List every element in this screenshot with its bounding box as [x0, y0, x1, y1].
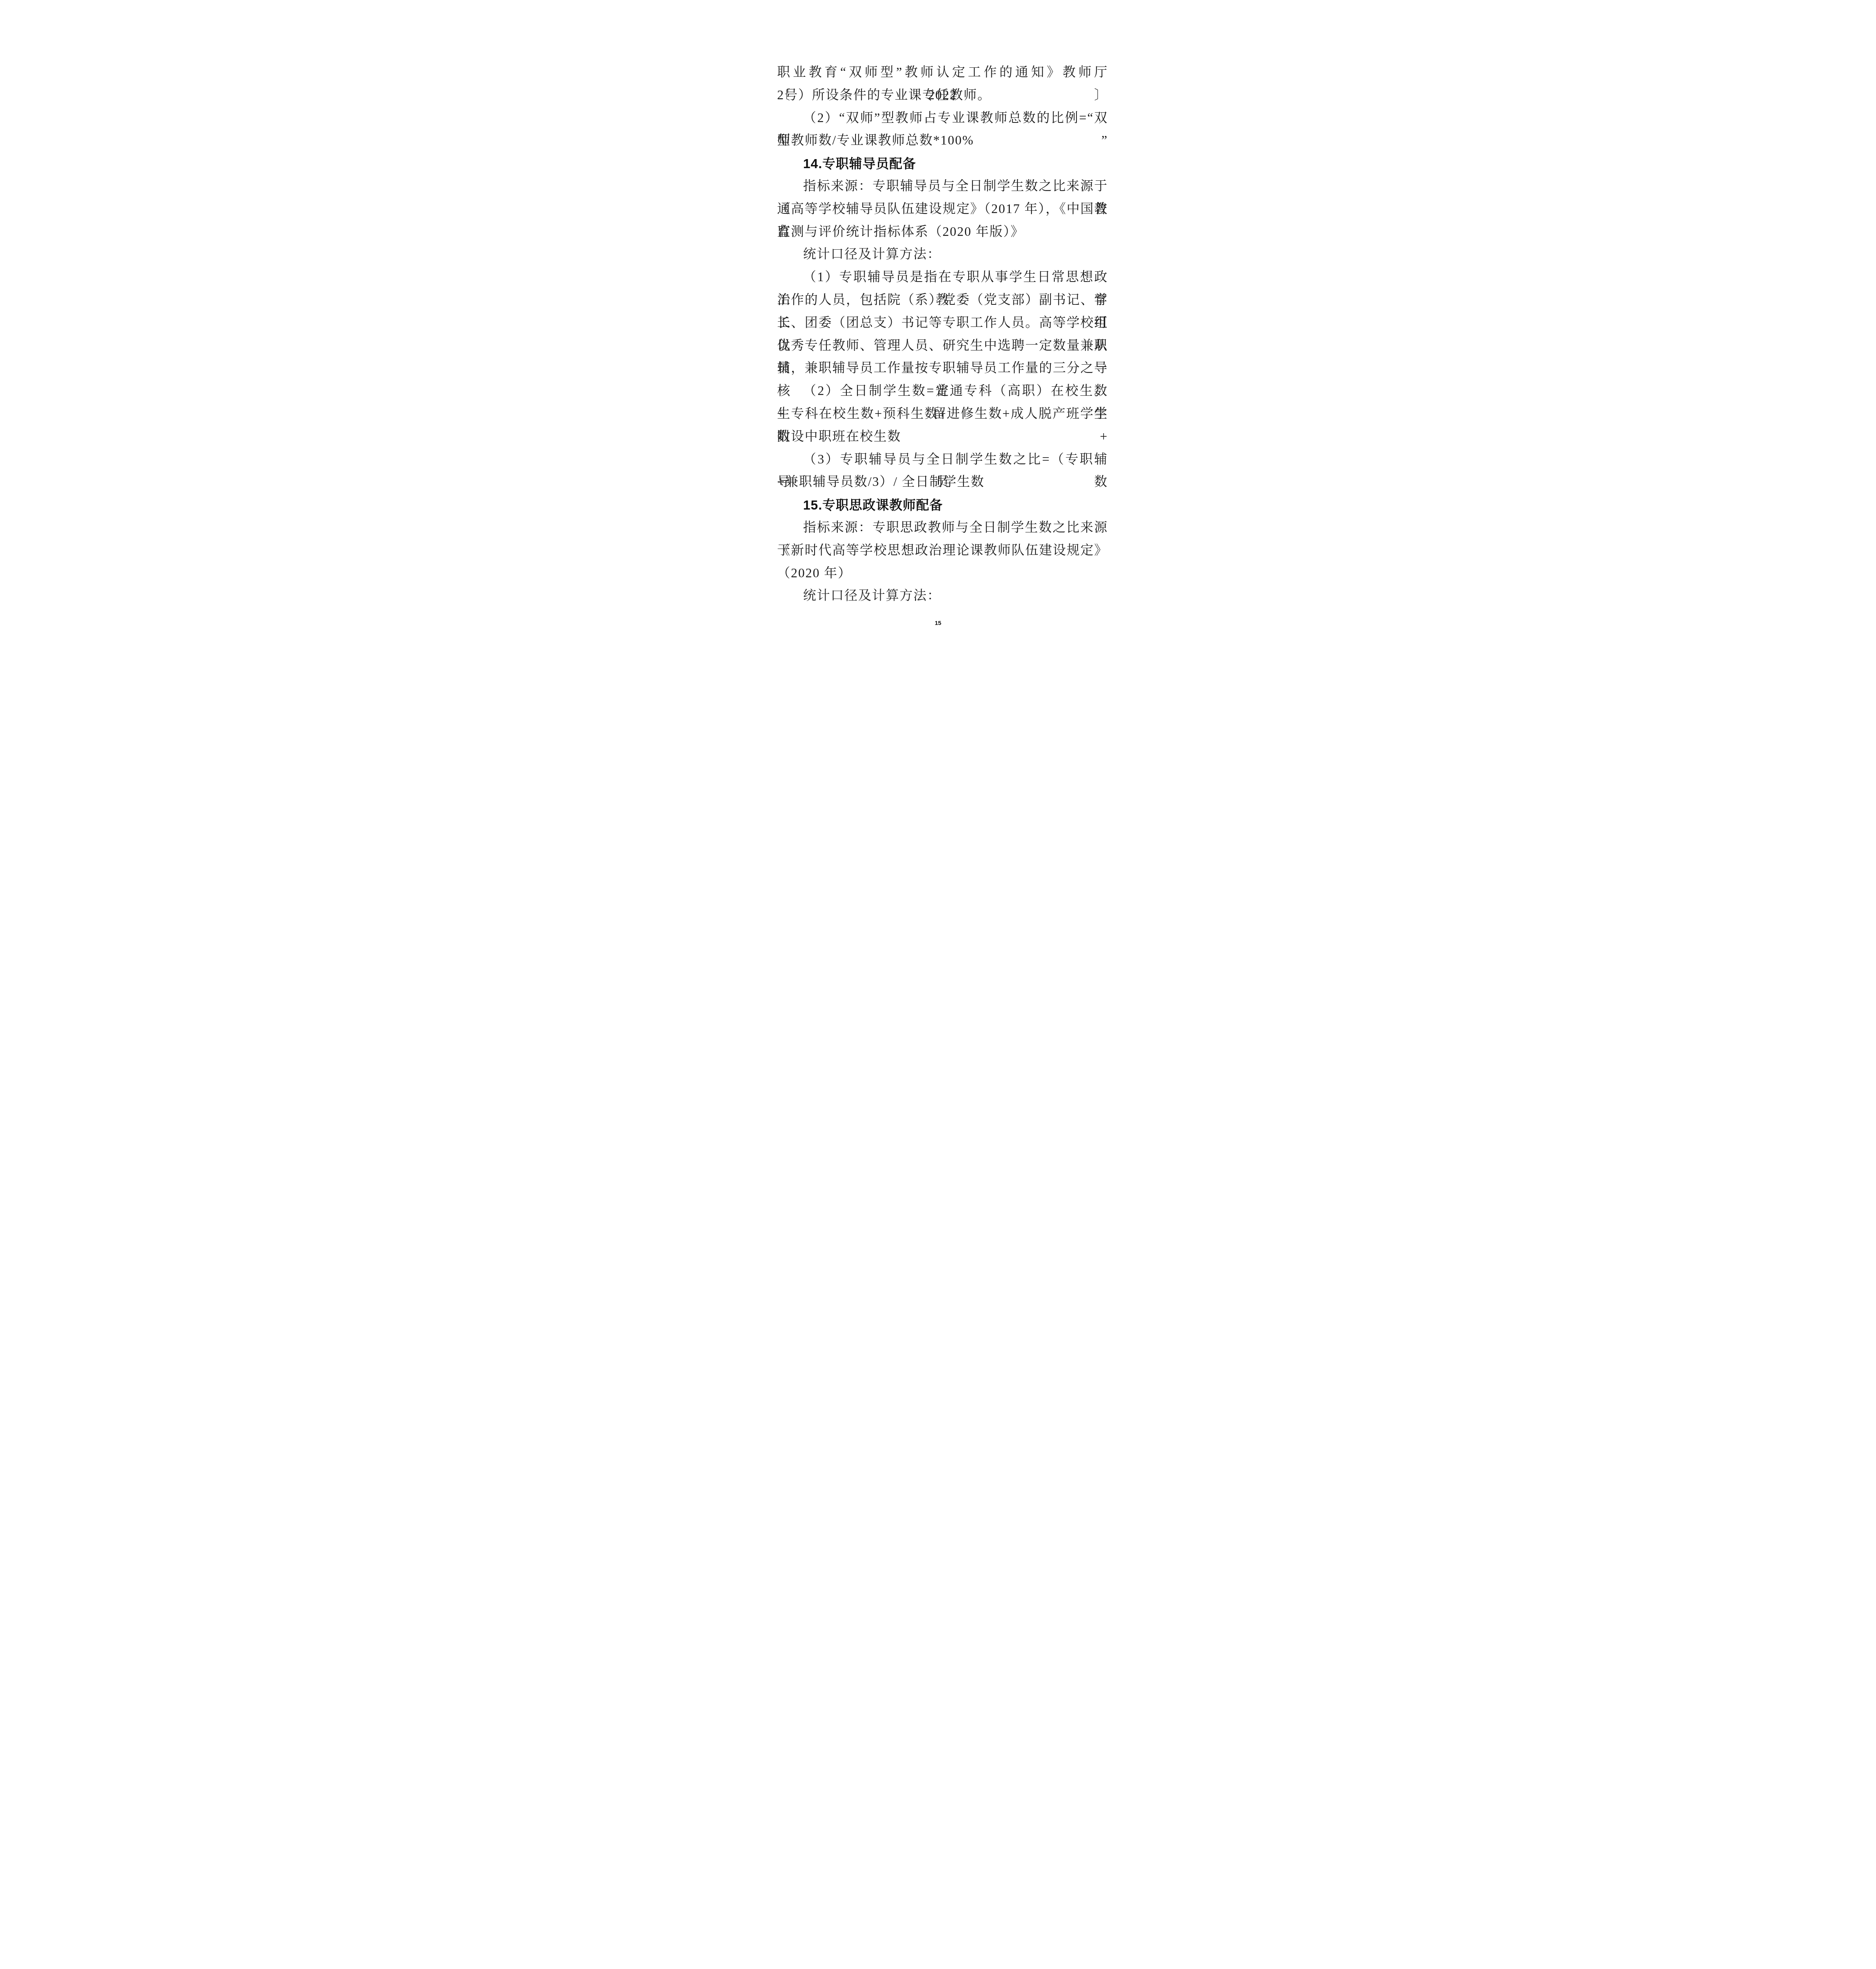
text-line: 《新时代高等学校思想政治理论课教师队伍建设规定》	[777, 540, 1108, 562]
section-heading: 15.专职思政课教师配备	[777, 494, 1108, 517]
text-line: 员，兼职辅导员工作量按专职辅导员工作量的三分之一核定。	[777, 357, 1108, 380]
text-line: 职业教育“双师型”教师认定工作的通知》教师厅〔2022〕	[777, 61, 1108, 84]
page-number: 15	[703, 620, 1173, 627]
text-line: 生专科在校生数+预科生数+进修生数+成人脱产班学生数+	[777, 403, 1108, 426]
text-line: 工作的人员，包括院（系）党委（党支部）副书记、学工组	[777, 289, 1108, 312]
text-block: 职业教育“双师型”教师认定工作的通知》教师厅〔2022〕2号）所设条件的专业课专…	[777, 61, 1108, 608]
text-line: （3）专职辅导员与全日制学生数之比=（专职辅导员数	[777, 449, 1108, 471]
text-line: （1）专职辅导员是指在专职从事学生日常思想政治教育	[777, 266, 1108, 289]
text-line: 统计口径及计算方法：	[777, 243, 1108, 266]
text-line: （2）全日制学生数=普通专科（高职）在校生数+留学	[777, 380, 1108, 403]
text-line: （2020 年）	[777, 562, 1108, 585]
document-page: 职业教育“双师型”教师认定工作的通知》教师厅〔2022〕2号）所设条件的专业课专…	[703, 0, 1173, 663]
text-line: 统计口径及计算方法：	[777, 585, 1108, 608]
text-line: （2）“双师”型教师占专业课教师总数的比例=“双师”	[777, 107, 1108, 130]
text-line: 通高等学校辅导员队伍建设规定》（2017 年），《中国教育	[777, 198, 1108, 221]
text-line: 指标来源：专职辅导员与全日制学生数之比来源于《普	[777, 175, 1108, 198]
text-line: 监测与评价统计指标体系（2020 年版）》	[777, 221, 1108, 244]
text-line: 指标来源：专职思政教师与全日制学生数之比来源于	[777, 517, 1108, 540]
section-heading: 14.专职辅导员配备	[777, 152, 1108, 175]
text-line: 优秀专任教师、管理人员、研究生中选聘一定数量兼职辅导	[777, 335, 1108, 358]
text-line: 长、团委（团总支）书记等专职工作人员。高等学校可以从	[777, 312, 1108, 335]
